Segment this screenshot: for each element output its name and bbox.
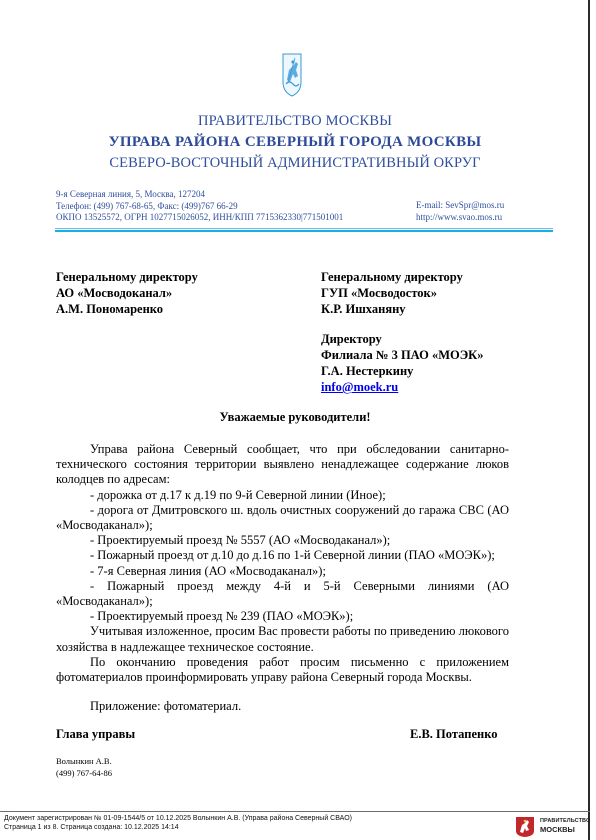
executor-info: Волынкин А.В. (499) 767-64-86	[56, 755, 112, 779]
addressee-org: Филиала № 3 ПАО «МОЭК»	[321, 347, 484, 363]
list-item: - дорога от Дмитровского ш. вдоль очистн…	[56, 503, 509, 533]
signatory-position: Глава управы	[56, 727, 135, 742]
addressee-org: ГУП «Мосводосток»	[321, 285, 463, 301]
list-item: - Проектируемый проезд № 5557 (АО «Мосво…	[56, 533, 509, 548]
letterhead-divider	[55, 228, 553, 229]
organization-title: УПРАВА РАЙОНА СЕВЕРНЫЙ ГОРОДА МОСКВЫ	[0, 134, 590, 151]
addressee-mosvodokanal: Генеральному директору АО «Мосводоканал»…	[56, 269, 198, 317]
addressee-title: Генеральному директору	[321, 269, 463, 285]
email-contact: E-mail: SevSpr@mos.ru	[416, 200, 504, 212]
addressee-title: Директору	[321, 331, 484, 347]
addressee-name: Г.А. Нестеркину	[321, 363, 484, 379]
letter-body: Управа района Северный сообщает, что при…	[56, 442, 509, 714]
attachment-note: Приложение: фотоматериал.	[56, 699, 509, 714]
addressee-title: Генеральному директору	[56, 269, 198, 285]
phone-fax: Телефон: (499) 767-68-65, Факс: (499)767…	[56, 201, 343, 213]
list-item: - дорожка от д.17 к д.19 по 9-й Северной…	[56, 488, 509, 503]
salutation: Уважаемые руководители!	[0, 410, 590, 425]
list-item: - Пожарный проезд между 4-й и 5-й Северн…	[56, 579, 509, 609]
moscow-coat-of-arms-icon	[281, 52, 303, 98]
executor-name: Волынкин А.В.	[56, 755, 112, 767]
list-item: - 7-я Северная линия (АО «Мосводаканал»)…	[56, 564, 509, 579]
addressee-org: АО «Мосводоканал»	[56, 285, 198, 301]
registration-stamp: Документ зарегистрирован № 01-09-1544/5 …	[4, 815, 352, 824]
moek-email-link[interactable]: info@moek.ru	[321, 380, 398, 394]
page-info: Страница 1 из 8. Страница создана: 10.12…	[4, 824, 352, 833]
moscow-government-logo-icon	[515, 816, 535, 838]
registry-codes: ОКПО 13525572, ОГРН 1027715026052, ИНН/К…	[56, 212, 343, 224]
addressee-name: А.М. Пономаренко	[56, 301, 198, 317]
registration-footer: Документ зарегистрирован № 01-09-1544/5 …	[0, 811, 590, 840]
contact-details: 9-я Северная линия, 5, Москва, 127204 Те…	[56, 189, 343, 224]
online-contacts: E-mail: SevSpr@mos.ru http://www.svao.mo…	[416, 200, 504, 223]
addressee-name: К.Р. Ишханяну	[321, 301, 463, 317]
website-contact: http://www.svao.mos.ru	[416, 212, 504, 224]
signatory-name: Е.В. Потапенко	[410, 727, 497, 742]
list-item: - Пожарный проезд от д.10 до д.16 по 1-й…	[56, 548, 509, 563]
intro-paragraph: Управа района Северный сообщает, что при…	[56, 442, 509, 488]
letterhead-divider-bold	[55, 230, 553, 232]
followup-paragraph: По окончанию проведения работ просим пис…	[56, 655, 509, 685]
moscow-government-brand: ПРАВИТЕЛЬСТВО МОСКВЫ	[540, 818, 590, 834]
addressee-mosvodostok: Генеральному директору ГУП «Мосводосток»…	[321, 269, 463, 317]
list-item: - Проектируемый проезд № 239 (ПАО «МОЭК»…	[56, 609, 509, 624]
addressee-moek: Директору Филиала № 3 ПАО «МОЭК» Г.А. Не…	[321, 331, 484, 395]
request-paragraph: Учитывая изложенное, просим Вас провести…	[56, 624, 509, 654]
executor-phone: (499) 767-64-86	[56, 767, 112, 779]
document-page: ПРАВИТЕЛЬСТВО МОСКВЫ УПРАВА РАЙОНА СЕВЕР…	[0, 0, 590, 840]
district-title: СЕВЕРО-ВОСТОЧНЫЙ АДМИНИСТРАТИВНЫЙ ОКРУГ	[0, 155, 590, 172]
government-title: ПРАВИТЕЛЬСТВО МОСКВЫ	[0, 113, 590, 130]
footer-text: Документ зарегистрирован № 01-09-1544/5 …	[4, 815, 352, 832]
postal-address: 9-я Северная линия, 5, Москва, 127204	[56, 189, 343, 201]
